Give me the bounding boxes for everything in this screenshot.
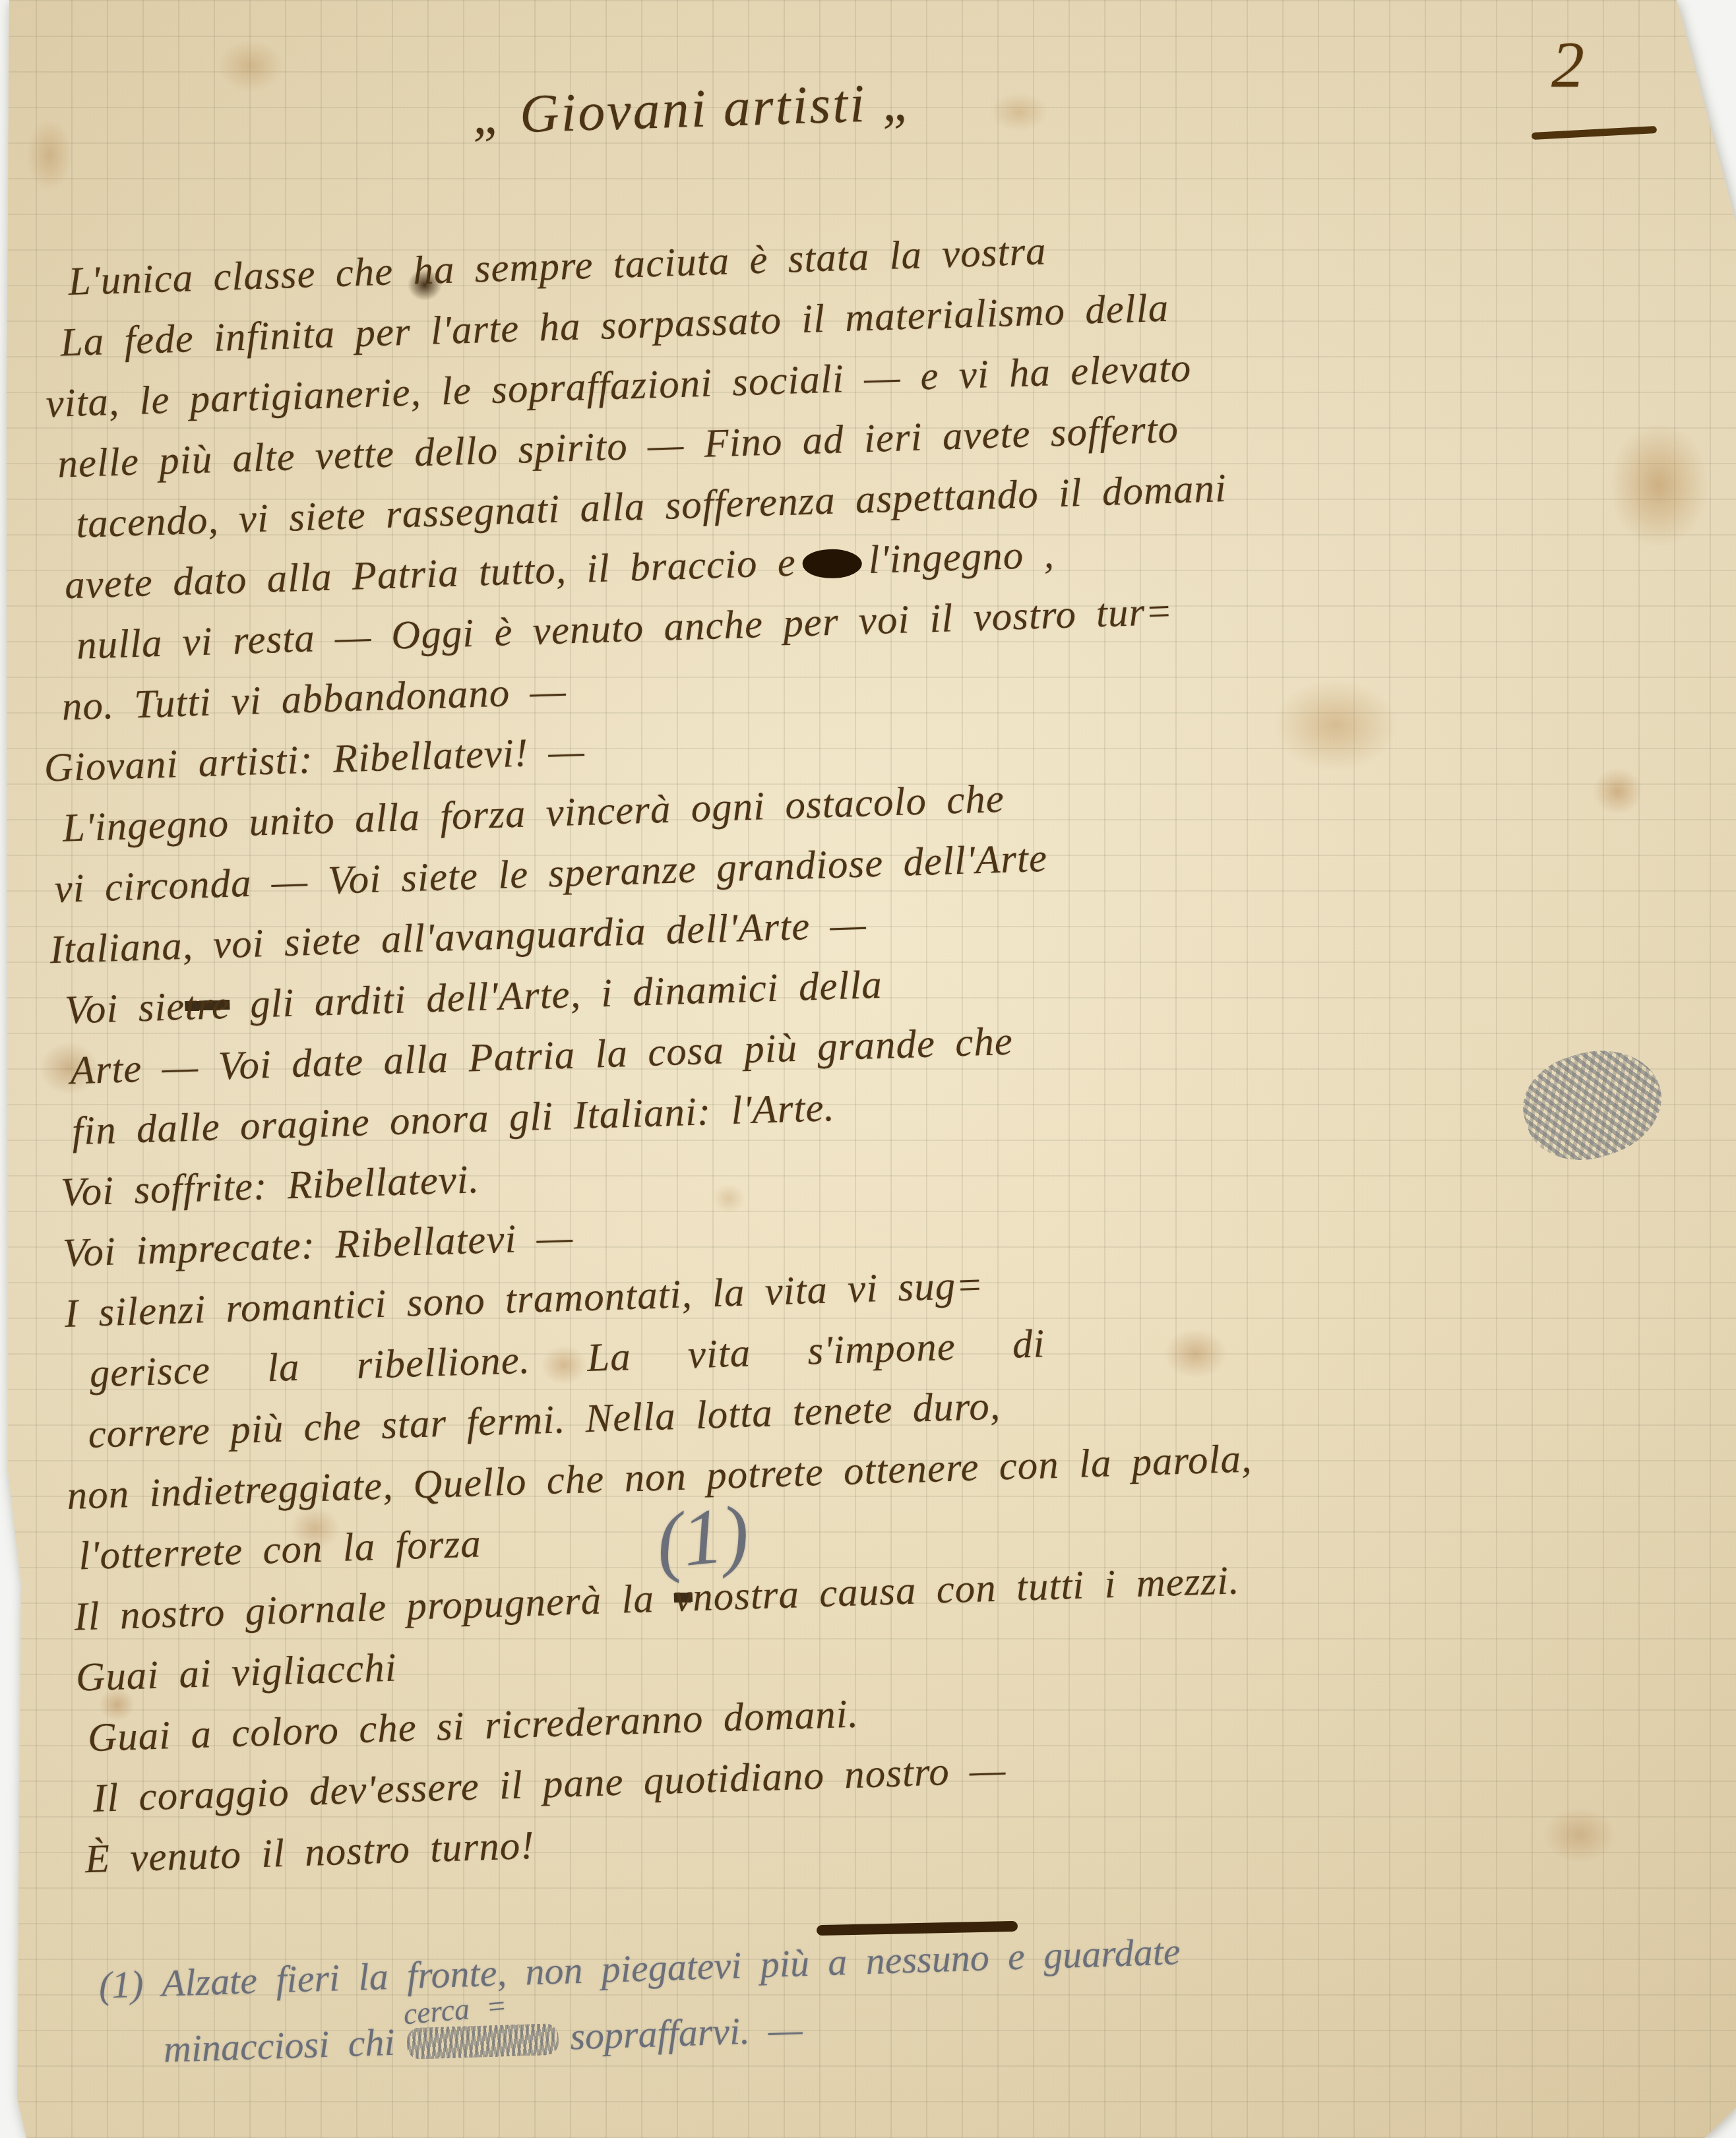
line-text: gli arditi dell'Arte, i dinamici della xyxy=(230,963,883,1027)
footnote-text: minacciosi chi xyxy=(163,2021,396,2071)
line-text: nostra causa con tutti i mezzi. xyxy=(692,1558,1240,1620)
ink-blot xyxy=(802,548,862,579)
document-title: „ Giovani artisti „ xyxy=(472,47,1660,146)
line-text: l'ingegno , xyxy=(868,532,1055,582)
scribbled-out-word xyxy=(406,2023,559,2060)
pencil-footnote-marker: (1) xyxy=(652,1487,753,1587)
manuscript-page: 2 „ Giovani artisti „ L'unica classe che… xyxy=(0,0,1736,2138)
manuscript-sheet-wrapper: 2 „ Giovani artisti „ L'unica classe che… xyxy=(0,0,1736,2138)
footnote-text: sopraffarvi. — xyxy=(569,2007,803,2058)
manuscript-text-block: „ Giovani artisti „ L'unica classe che h… xyxy=(23,47,1720,2085)
struck-out-text: tre xyxy=(184,983,231,1029)
line-text: Voi sie xyxy=(64,985,185,1033)
line-text: Il nostro giornale propugnerà la xyxy=(73,1576,675,1639)
correction-anchor: cerca = xyxy=(394,2003,571,2075)
